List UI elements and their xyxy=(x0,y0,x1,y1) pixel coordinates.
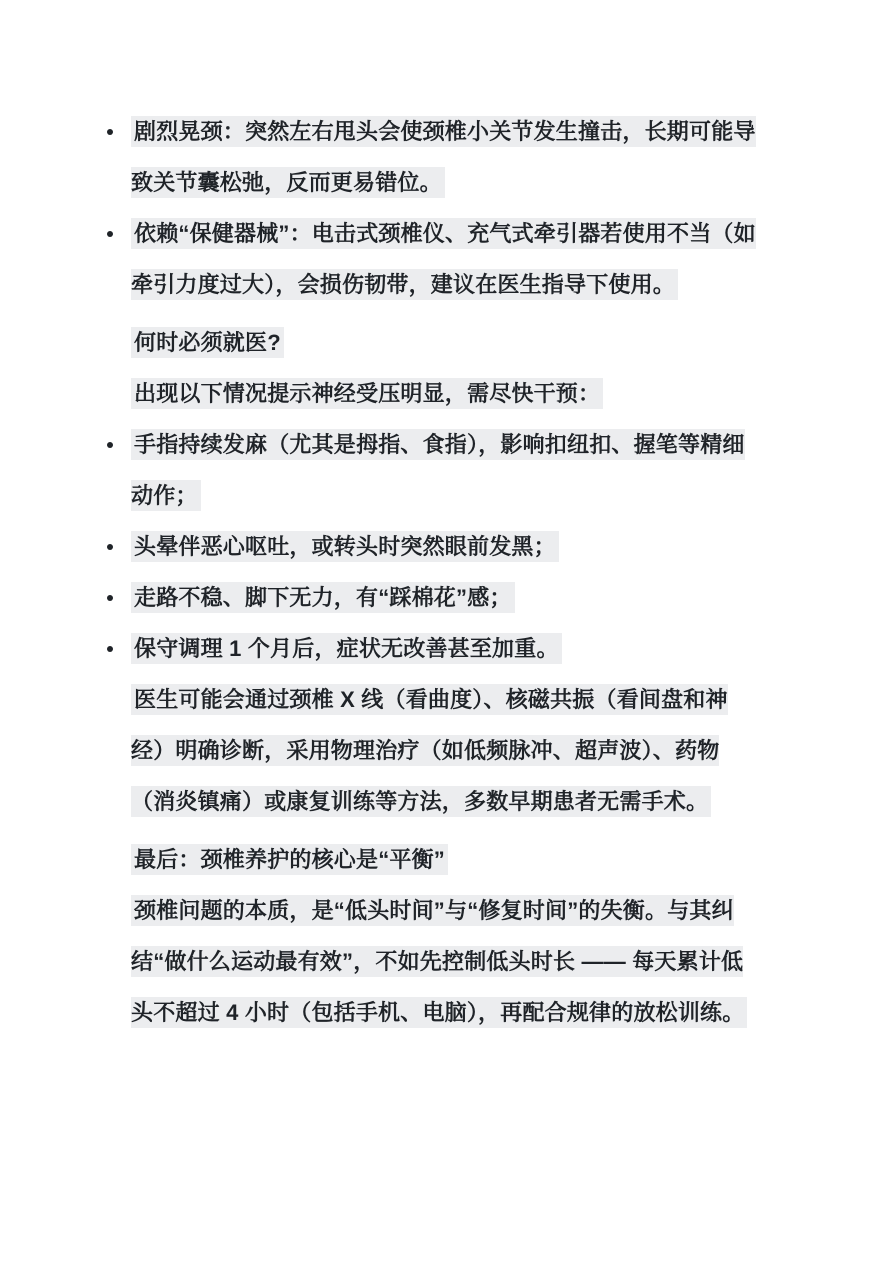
bullet-dizziness-nausea: 头晕伴恶心呕吐，或转头时突然眼前发黑； xyxy=(131,521,760,572)
bullet-conservative-care-no-improvement: 保守调理 1 个月后，症状无改善甚至加重。 xyxy=(131,623,760,674)
highlighted-text: 最后：颈椎养护的核心是“平衡” xyxy=(131,844,448,875)
bullet-dot-icon xyxy=(107,129,113,135)
highlighted-text: 医生可能会通过颈椎 X 线（看曲度）、核磁共振（看间盘和神经）明确诊断，采用物理… xyxy=(131,684,728,817)
highlighted-text: 颈椎问题的本质，是“低头时间”与“修复时间”的失衡。与其纠结“做什么运动最有效”… xyxy=(131,895,747,1028)
bullet-dot-icon xyxy=(107,646,113,652)
heading-when-to-see-doctor: 何时必须就医? xyxy=(131,317,760,368)
highlighted-text: 保守调理 1 个月后，症状无改善甚至加重。 xyxy=(131,633,562,664)
highlighted-text: 手指持续发麻（尤其是拇指、食指），影响扣纽扣、握笔等精细动作； xyxy=(131,429,745,511)
bullet-violent-neck-shaking: 剧烈晃颈：突然左右甩头会使颈椎小关节发生撞击，长期可能导致关节囊松弛，反而更易错… xyxy=(131,106,760,208)
highlighted-text: 依赖“保健器械”：电击式颈椎仪、充气式牵引器若使用不当（如牵引力度过大），会损伤… xyxy=(131,218,756,300)
bullet-health-device-reliance: 依赖“保健器械”：电击式颈椎仪、充气式牵引器若使用不当（如牵引力度过大），会损伤… xyxy=(131,208,760,310)
highlighted-text: 剧烈晃颈：突然左右甩头会使颈椎小关节发生撞击，长期可能导致关节囊松弛，反而更易错… xyxy=(131,116,756,198)
bullet-unsteady-walking: 走路不稳、脚下无力，有“踩棉花”感； xyxy=(131,572,760,623)
highlighted-text: 何时必须就医? xyxy=(131,327,284,358)
para-warning-signs-intro: 出现以下情况提示神经受压明显，需尽快干预： xyxy=(131,368,760,419)
heading-core-is-balance: 最后：颈椎养护的核心是“平衡” xyxy=(131,834,760,885)
para-diagnosis-treatment: 医生可能会通过颈椎 X 线（看曲度）、核磁共振（看间盘和神经）明确诊断，采用物理… xyxy=(131,674,760,827)
highlighted-text: 头晕伴恶心呕吐，或转头时突然眼前发黑； xyxy=(131,531,559,562)
article-content: 剧烈晃颈：突然左右甩头会使颈椎小关节发生撞击，长期可能导致关节囊松弛，反而更易错… xyxy=(131,106,760,1038)
bullet-dot-icon xyxy=(107,595,113,601)
bullet-dot-icon xyxy=(107,544,113,550)
bullet-finger-numbness: 手指持续发麻（尤其是拇指、食指），影响扣纽扣、握笔等精细动作； xyxy=(131,419,760,521)
highlighted-text: 出现以下情况提示神经受压明显，需尽快干预： xyxy=(131,378,603,409)
para-balance-conclusion: 颈椎问题的本质，是“低头时间”与“修复时间”的失衡。与其纠结“做什么运动最有效”… xyxy=(131,885,760,1038)
document-page: 剧烈晃颈：突然左右甩头会使颈椎小关节发生撞击，长期可能导致关节囊松弛，反而更易错… xyxy=(0,0,893,1262)
bullet-dot-icon xyxy=(107,442,113,448)
bullet-dot-icon xyxy=(107,231,113,237)
highlighted-text: 走路不稳、脚下无力，有“踩棉花”感； xyxy=(131,582,515,613)
